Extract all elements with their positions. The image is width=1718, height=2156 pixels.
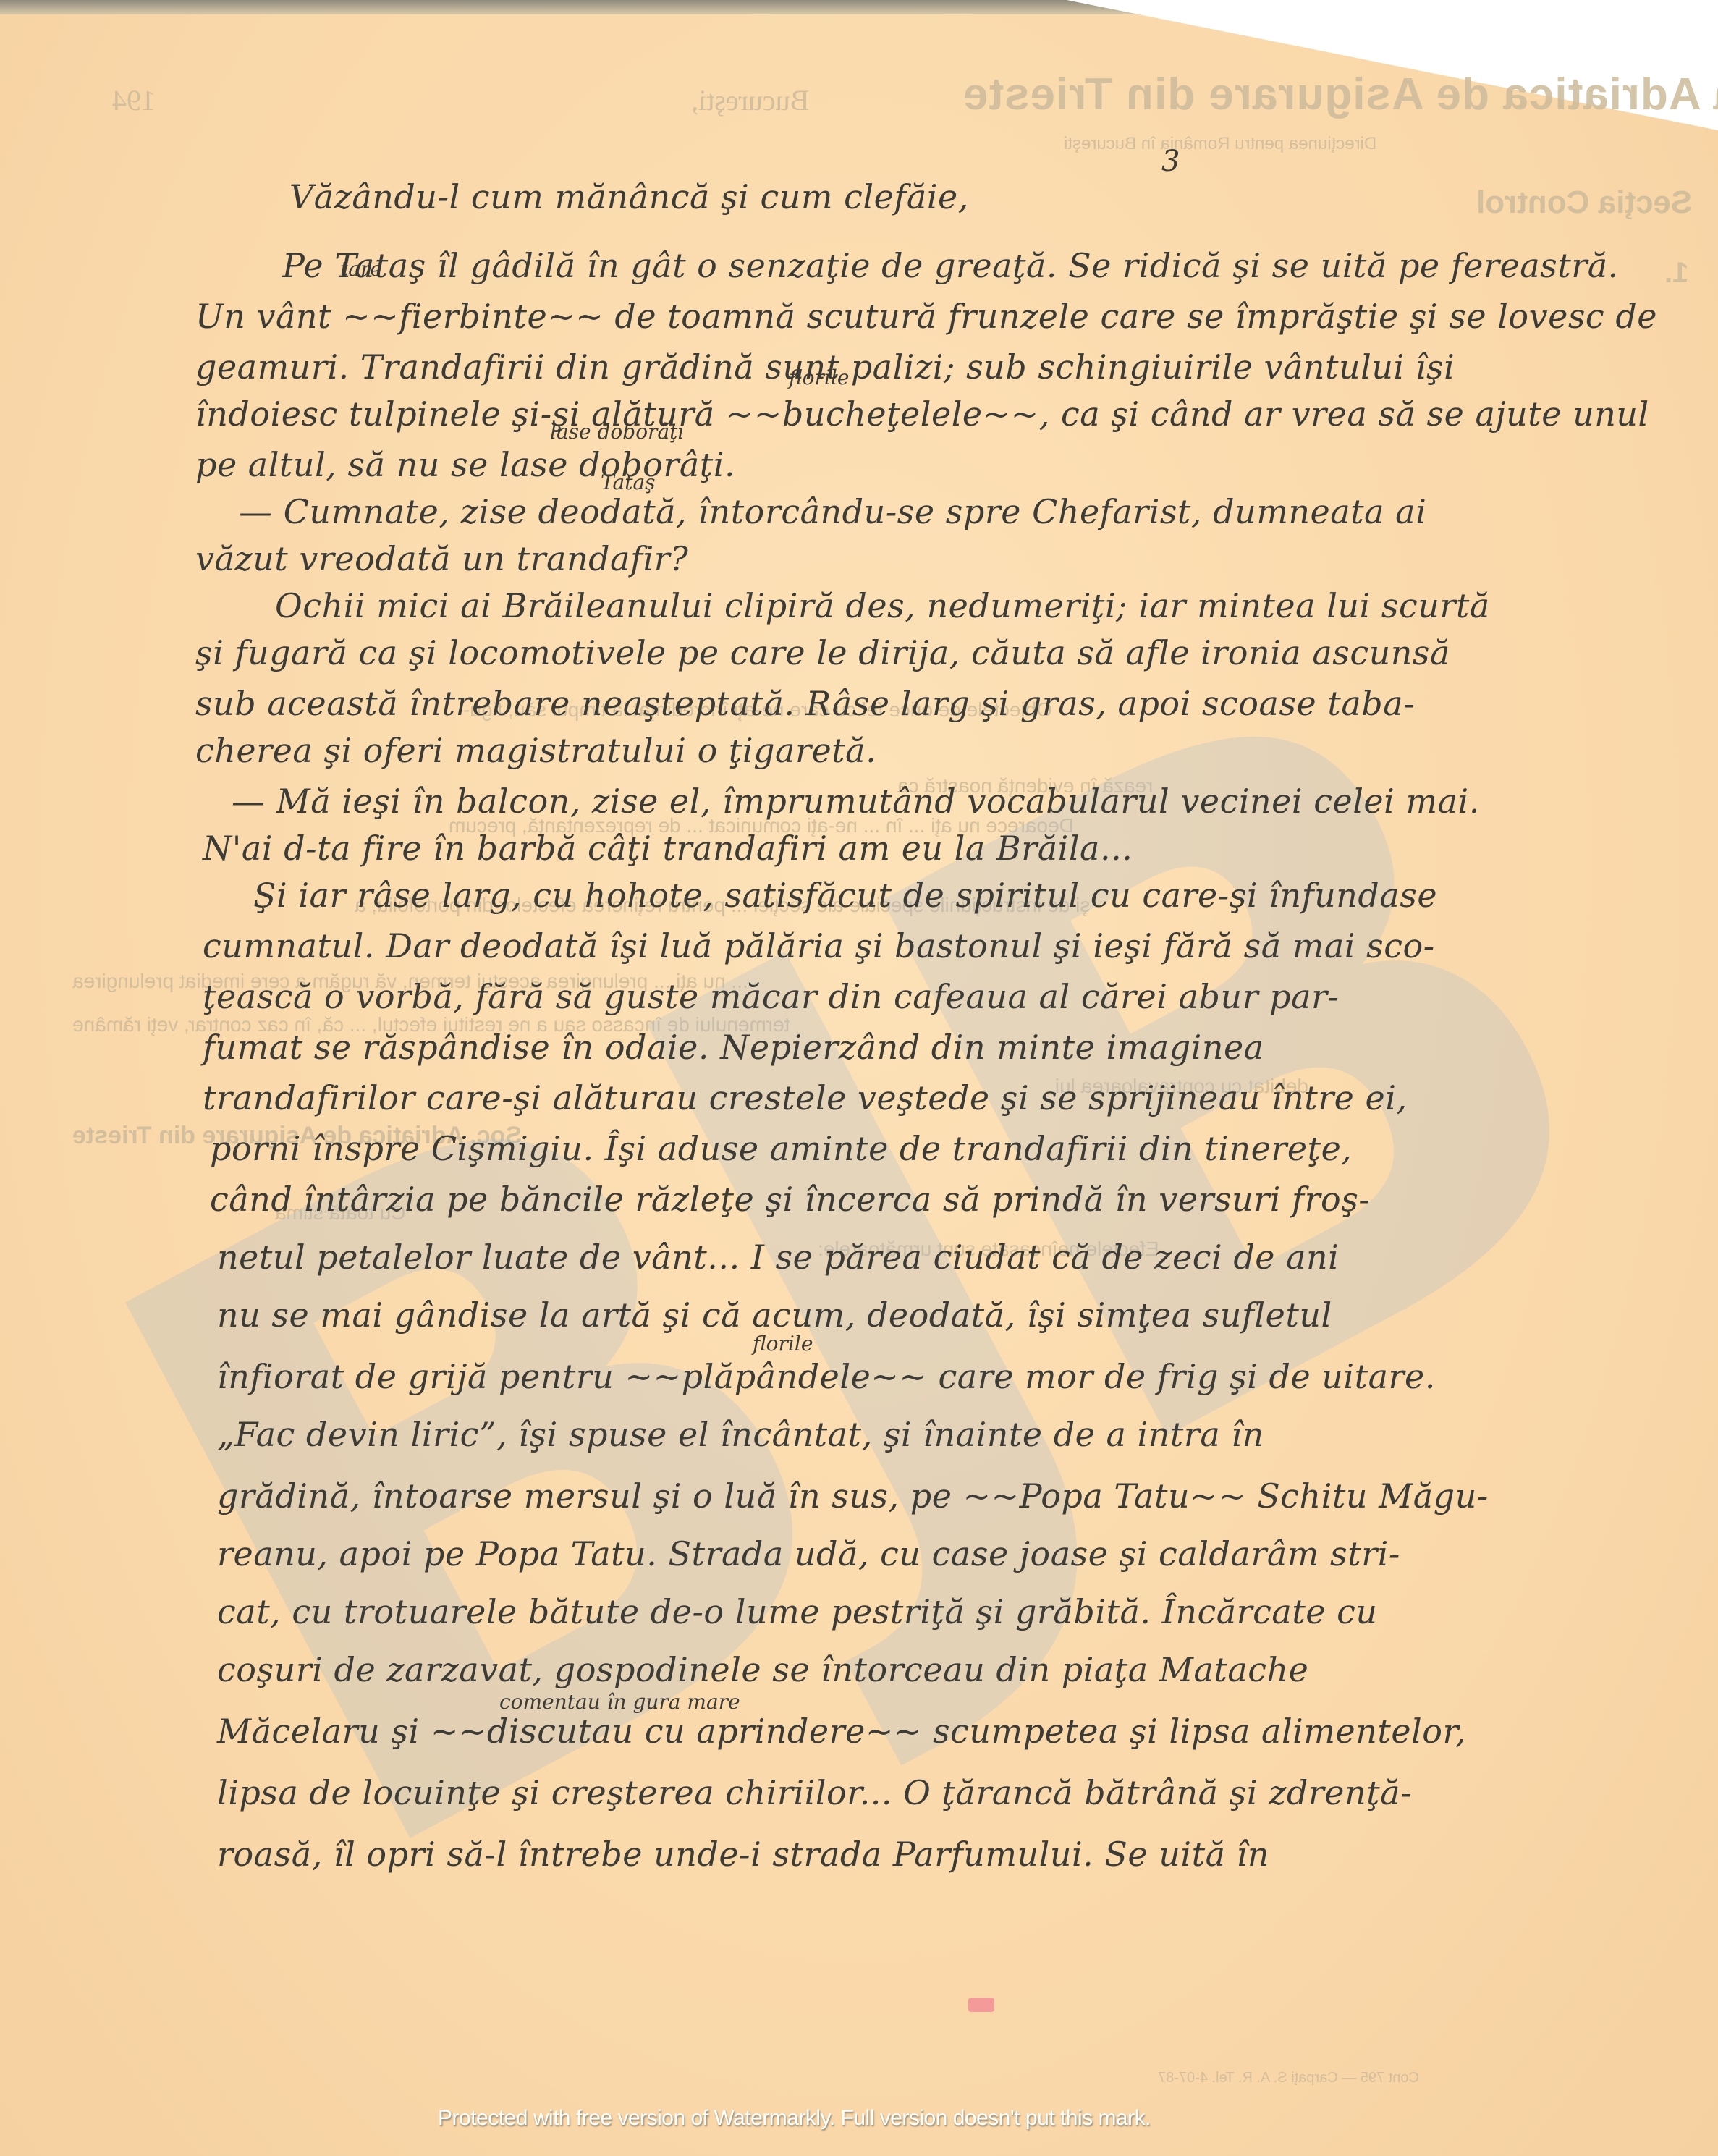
manuscript-line: Şi iar râse larg, cu hohote, satisfăcut … <box>253 876 1437 915</box>
manuscript-line: Văzându-l cum mănâncă şi cum clefăie, <box>289 177 969 216</box>
manuscript-line: N'ai d-ta fire în barbă câţi trandafiri … <box>203 829 1133 868</box>
letterhead-city: Bucureşti, <box>691 83 809 117</box>
manuscript-line: reanu, apoi pe Popa Tatu. Strada udă, cu… <box>217 1534 1400 1573</box>
red-ink-spot <box>968 1998 994 2012</box>
manuscript-line: Măcelaru şi ~~discutau cu aprindere~~ sc… <box>217 1712 1466 1751</box>
manuscript-line: lipsa de locuinţe şi creşterea chiriilor… <box>217 1773 1412 1812</box>
manuscript-line: cherea şi oferi magistratului o ţigaretă… <box>195 731 876 770</box>
manuscript-line: „Fac devin liric”, îşi spuse el încântat… <box>217 1415 1264 1454</box>
manuscript-line: trandafirilor care-şi alăturau crestele … <box>203 1078 1408 1117</box>
insertion: florile <box>753 1332 813 1356</box>
manuscript-line: ţească o vorbă, fără să guste măcar din … <box>203 977 1340 1016</box>
manuscript-line: Pe Tataş îl gâdilă în gât o senzaţie de … <box>282 246 1619 285</box>
manuscript-line: netul petalelor luate de vânt... I se pă… <box>217 1238 1339 1277</box>
manuscript-line: când întârzia pe băncile răzleţe şi înce… <box>210 1180 1370 1219</box>
manuscript-page: 194 Bucureşti, Societatea Adriatica de A… <box>0 0 1718 2156</box>
manuscript-line: văzut vreodată un trandafir? <box>195 539 688 578</box>
insertion: florile <box>789 365 849 389</box>
manuscript-line: fumat se răspândise în odaie. Nepierzând… <box>203 1028 1264 1067</box>
manuscript-line: roasă, îl opri să-l întrebe unde-i strad… <box>217 1835 1269 1874</box>
insertion: tare <box>340 257 382 281</box>
manuscript-line: îndoiesc tulpinele şi-şi alătură ~~buche… <box>195 394 1649 434</box>
manuscript-line: înfiorat de grijă pentru ~~plăpândele~~ … <box>217 1357 1436 1396</box>
manuscript-line: sub această întrebare neaşteptată. Râse … <box>195 684 1415 723</box>
letterhead-section: Secţia Control <box>1476 185 1692 221</box>
insertion: lase doborâţi <box>550 420 684 444</box>
manuscript-line: cumnatul. Dar deodată îşi luă pălăria şi… <box>203 926 1435 965</box>
watermarkly-notice: Protected with free version of Watermark… <box>438 2106 1151 2131</box>
insertion: comentau în gura mare <box>499 1690 740 1714</box>
letterhead-footer: Cont 795 — Carpaţi S. A. R. Tel. 4-07-87 <box>1158 2070 1419 2087</box>
manuscript-line: porni înspre Cişmigiu. Îşi aduse aminte … <box>210 1129 1352 1168</box>
page-number-mark: 3 <box>1161 145 1180 178</box>
manuscript-line: cat, cu trotuarele bătute de-o lume pest… <box>217 1592 1378 1631</box>
letterhead-numeral: 1. <box>1664 257 1688 289</box>
letterhead-subtitle: Direcţiunea pentru România în Bucureşti <box>1064 134 1376 154</box>
manuscript-line: — Mă ieşi în balcon, zise el, împrumutân… <box>232 782 1480 821</box>
insertion: Tataş <box>601 470 656 494</box>
manuscript-line: Un vânt ~~fierbinte~~ de toamnă scutură … <box>195 297 1657 336</box>
manuscript-line: grădină, întoarse mersul şi o luă în sus… <box>217 1476 1489 1515</box>
manuscript-line: — Cumnate, zise deodată, întorcându-se s… <box>239 492 1426 531</box>
manuscript-line: coşuri de zarzavat, gospodinele se întor… <box>217 1650 1308 1689</box>
letterhead-year: 194 <box>112 83 156 117</box>
manuscript-line: nu se mai gândise la artă şi că acum, de… <box>217 1295 1332 1335</box>
letterhead-company: Societatea Adriatica de Asigurare din Tr… <box>962 69 1718 120</box>
manuscript-line: Ochii mici ai Brăileanului clipiră des, … <box>275 586 1490 625</box>
manuscript-line: şi fugară ca şi locomotivele pe care le … <box>195 633 1450 672</box>
